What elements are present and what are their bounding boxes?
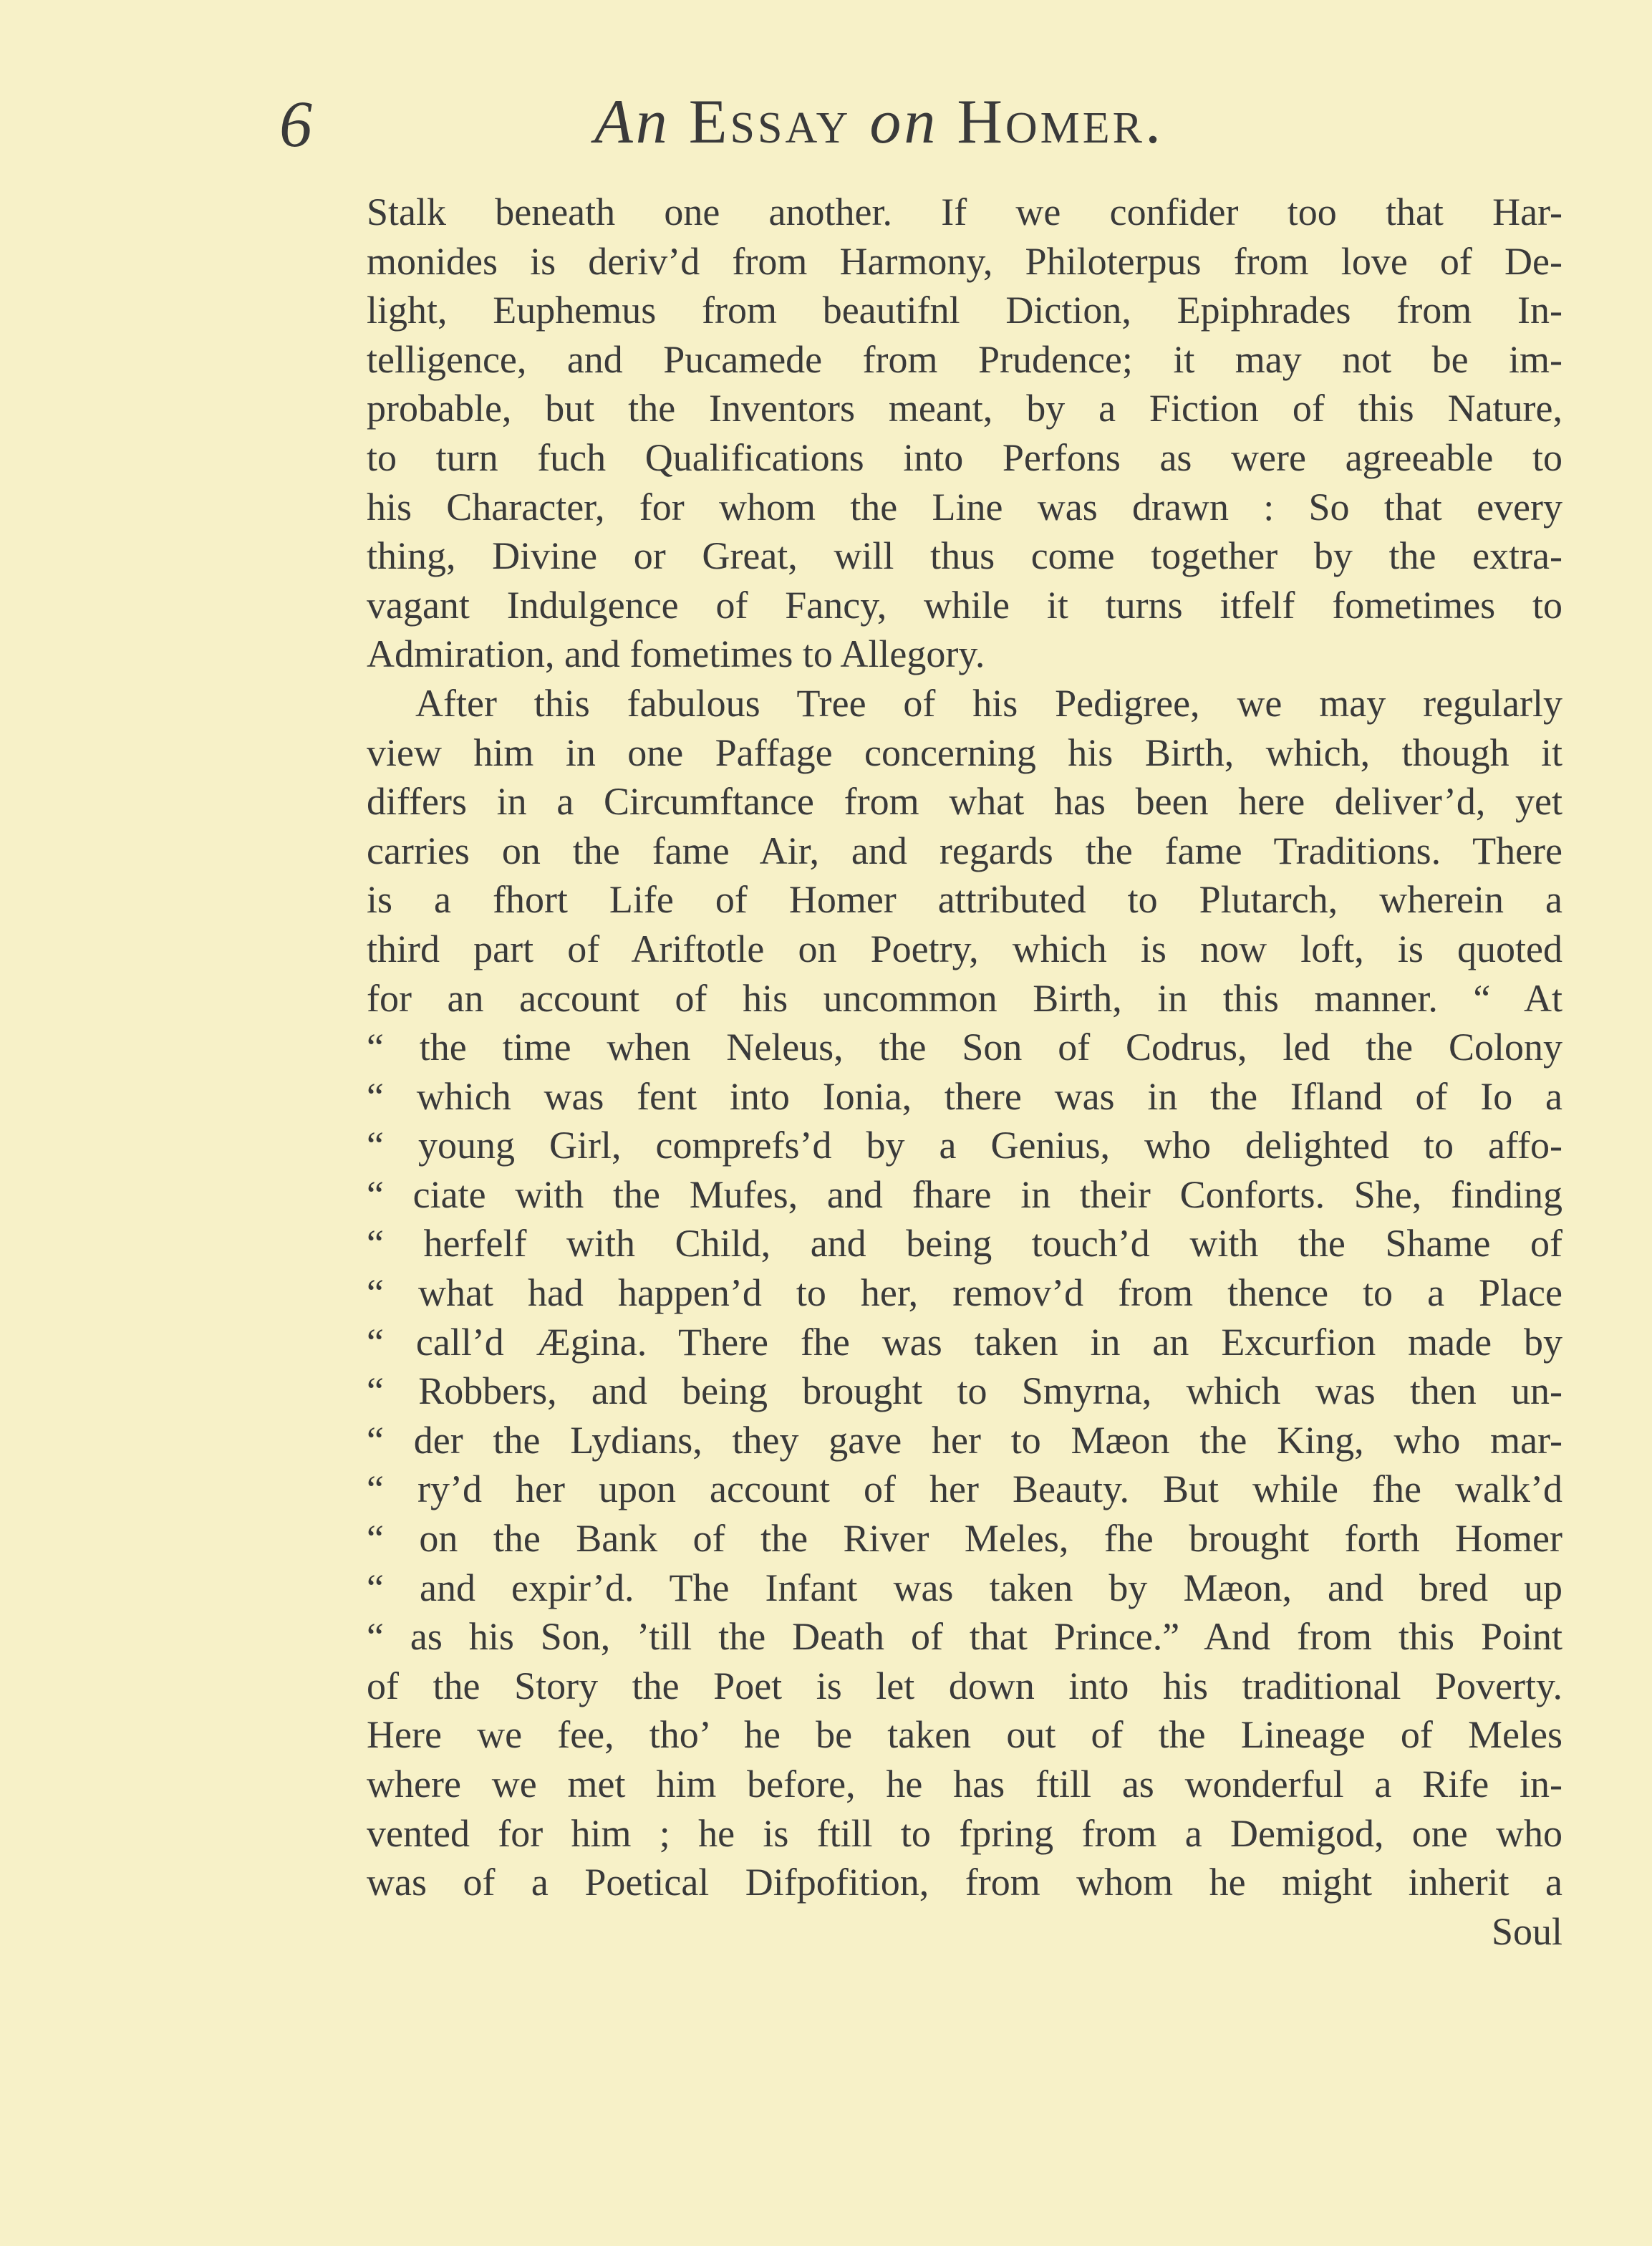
text-line: “ and expir’d. The Infant was taken by M…: [367, 1563, 1562, 1613]
text-line: “ the time when Neleus, the Son of Codru…: [367, 1023, 1562, 1072]
text-line: vagant Indulgence of Fancy, while it tur…: [367, 581, 1562, 630]
body-text: Stalk beneath one another. If we confide…: [367, 188, 1562, 1956]
text-line: “ herfelf with Child, and being touch’d …: [367, 1219, 1562, 1268]
text-line: “ which was fent into Ionia, there was i…: [367, 1072, 1562, 1122]
text-line: of the Story the Poet is let down into h…: [367, 1662, 1562, 1711]
text-line: “ what had happen’d to her, remov’d from…: [367, 1268, 1562, 1318]
text-line: “ Robbers, and being brought to Smyrna, …: [367, 1367, 1562, 1416]
text-line: light, Euphemus from beautifnl Diction, …: [367, 286, 1562, 335]
text-line: “ ry’d her upon account of her Beauty. B…: [367, 1465, 1562, 1514]
text-line: vented for him ; he is ftill to fpring f…: [367, 1809, 1562, 1859]
text-line: telligence, and Pucamede from Prudence; …: [367, 335, 1562, 385]
text-line: for an account of his uncommon Birth, in…: [367, 974, 1562, 1023]
text-line: where we met him before, he has ftill as…: [367, 1760, 1562, 1809]
text-line: his Character, for whom the Line was dra…: [367, 483, 1562, 532]
title-essay: Essay: [689, 87, 851, 157]
text-line: Stalk beneath one another. If we confide…: [367, 188, 1562, 237]
text-line: “ as his Son, ’till the Death of that Pr…: [367, 1612, 1562, 1662]
text-line: Here we fee, tho’ he be taken out of the…: [367, 1710, 1562, 1760]
text-line: “ der the Lydians, they gave her to Mæon…: [367, 1416, 1562, 1465]
text-line: Admiration, and fometimes to Allegory.: [367, 630, 1562, 679]
text-line: to turn fuch Qualifications into Perfons…: [367, 433, 1562, 483]
text-line: “ ciate with the Mufes, and fhare in the…: [367, 1170, 1562, 1220]
title-homer: Homer.: [957, 87, 1164, 157]
title-an: An: [594, 87, 670, 157]
text-line: thing, Divine or Great, will thus come t…: [367, 531, 1562, 581]
text-line: carries on the fame Air, and regards the…: [367, 826, 1562, 876]
running-title: An Essay on Homer.: [594, 86, 1164, 158]
text-line: probable, but the Inventors meant, by a …: [367, 384, 1562, 433]
title-on: on: [869, 87, 938, 157]
text-line: “ on the Bank of the River Meles, fhe br…: [367, 1514, 1562, 1563]
text-line: view him in one Paffage concerning his B…: [367, 728, 1562, 778]
text-line: differs in a Circumftance from what has …: [367, 777, 1562, 826]
text-line: is a fhort Life of Homer attributed to P…: [367, 875, 1562, 925]
text-line: After this fabulous Tree of his Pedigree…: [367, 679, 1562, 728]
page-number: 6: [279, 86, 312, 162]
text-line: monides is deriv’d from Harmony, Philote…: [367, 237, 1562, 286]
running-header: 6 An Essay on Homer.: [279, 86, 1568, 172]
text-line: was of a Poetical Difpofition, from whom…: [367, 1858, 1562, 1907]
catchword: Soul: [367, 1907, 1562, 1957]
text-line: “ call’d Ægina. There fhe was taken in a…: [367, 1318, 1562, 1367]
text-line: third part of Ariftotle on Poetry, which…: [367, 925, 1562, 974]
text-line: “ young Girl, comprefs’d by a Genius, wh…: [367, 1121, 1562, 1170]
